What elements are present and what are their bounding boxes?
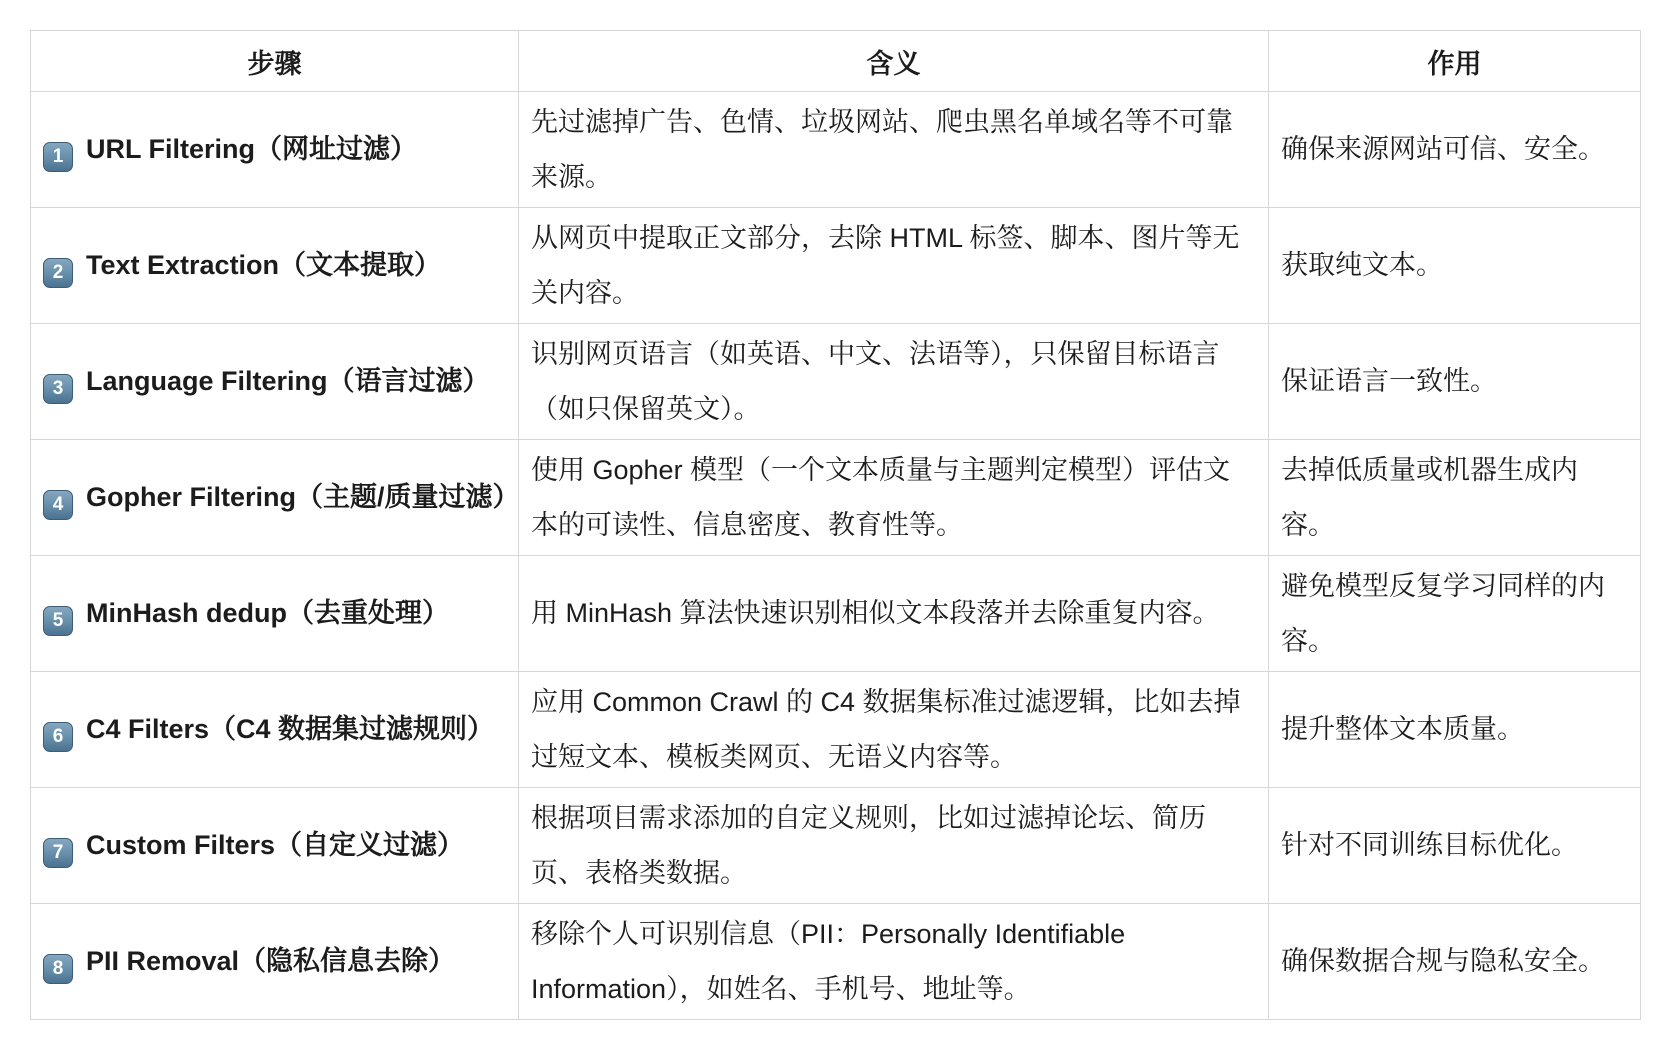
effect-cell: 针对不同训练目标优化。 xyxy=(1269,788,1641,904)
keycap-5-icon: 5 xyxy=(43,606,73,636)
step-label: Language Filtering（语言过滤） xyxy=(86,366,490,396)
table-row: 3Language Filtering（语言过滤） 识别网页语言（如英语、中文、… xyxy=(31,324,1641,440)
table-row: 8PII Removal（隐私信息去除） 移除个人可识别信息（PII：Perso… xyxy=(31,904,1641,1020)
step-label: Custom Filters（自定义过滤） xyxy=(86,830,464,860)
col-header-effect: 作用 xyxy=(1269,31,1641,92)
effect-cell: 保证语言一致性。 xyxy=(1269,324,1641,440)
step-label: Gopher Filtering（主题/质量过滤） xyxy=(86,482,520,512)
keycap-2-icon: 2 xyxy=(43,258,73,288)
effect-cell: 去掉低质量或机器生成内容。 xyxy=(1269,440,1641,556)
meaning-cell: 先过滤掉广告、色情、垃圾网站、爬虫黑名单域名等不可靠来源。 xyxy=(519,92,1269,208)
step-cell: 3Language Filtering（语言过滤） xyxy=(31,324,519,440)
step-cell: 5MinHash dedup（去重处理） xyxy=(31,556,519,672)
step-label: URL Filtering（网址过滤） xyxy=(86,134,417,164)
data-pipeline-table: 步骤 含义 作用 1URL Filtering（网址过滤） 先过滤掉广告、色情、… xyxy=(30,30,1641,1020)
step-label: MinHash dedup（去重处理） xyxy=(86,598,449,628)
step-cell: 2Text Extraction（文本提取） xyxy=(31,208,519,324)
keycap-4-icon: 4 xyxy=(43,490,73,520)
keycap-3-icon: 3 xyxy=(43,374,73,404)
meaning-cell: 根据项目需求添加的自定义规则，比如过滤掉论坛、简历页、表格类数据。 xyxy=(519,788,1269,904)
table-row: 4Gopher Filtering（主题/质量过滤） 使用 Gopher 模型（… xyxy=(31,440,1641,556)
col-header-meaning: 含义 xyxy=(519,31,1269,92)
meaning-cell: 用 MinHash 算法快速识别相似文本段落并去除重复内容。 xyxy=(519,556,1269,672)
step-cell: 8PII Removal（隐私信息去除） xyxy=(31,904,519,1020)
keycap-1-icon: 1 xyxy=(43,142,73,172)
col-header-step: 步骤 xyxy=(31,31,519,92)
step-label: C4 Filters（C4 数据集过滤规则） xyxy=(86,714,494,744)
effect-cell: 确保数据合规与隐私安全。 xyxy=(1269,904,1641,1020)
meaning-cell: 应用 Common Crawl 的 C4 数据集标准过滤逻辑，比如去掉过短文本、… xyxy=(519,672,1269,788)
effect-cell: 确保来源网站可信、安全。 xyxy=(1269,92,1641,208)
keycap-7-icon: 7 xyxy=(43,838,73,868)
table-row: 5MinHash dedup（去重处理） 用 MinHash 算法快速识别相似文… xyxy=(31,556,1641,672)
effect-cell: 提升整体文本质量。 xyxy=(1269,672,1641,788)
table-row: 1URL Filtering（网址过滤） 先过滤掉广告、色情、垃圾网站、爬虫黑名… xyxy=(31,92,1641,208)
table-row: 7Custom Filters（自定义过滤） 根据项目需求添加的自定义规则，比如… xyxy=(31,788,1641,904)
meaning-cell: 移除个人可识别信息（PII：Personally Identifiable In… xyxy=(519,904,1269,1020)
step-cell: 6C4 Filters（C4 数据集过滤规则） xyxy=(31,672,519,788)
table-row: 2Text Extraction（文本提取） 从网页中提取正文部分，去除 HTM… xyxy=(31,208,1641,324)
step-cell: 1URL Filtering（网址过滤） xyxy=(31,92,519,208)
meaning-cell: 识别网页语言（如英语、中文、法语等），只保留目标语言（如只保留英文）。 xyxy=(519,324,1269,440)
keycap-6-icon: 6 xyxy=(43,722,73,752)
step-label: PII Removal（隐私信息去除） xyxy=(86,946,455,976)
effect-cell: 避免模型反复学习同样的内容。 xyxy=(1269,556,1641,672)
effect-cell: 获取纯文本。 xyxy=(1269,208,1641,324)
step-cell: 7Custom Filters（自定义过滤） xyxy=(31,788,519,904)
meaning-cell: 从网页中提取正文部分，去除 HTML 标签、脚本、图片等无关内容。 xyxy=(519,208,1269,324)
step-label: Text Extraction（文本提取） xyxy=(86,250,441,280)
keycap-8-icon: 8 xyxy=(43,954,73,984)
step-cell: 4Gopher Filtering（主题/质量过滤） xyxy=(31,440,519,556)
header-row: 步骤 含义 作用 xyxy=(31,31,1641,92)
table-row: 6C4 Filters（C4 数据集过滤规则） 应用 Common Crawl … xyxy=(31,672,1641,788)
meaning-cell: 使用 Gopher 模型（一个文本质量与主题判定模型）评估文本的可读性、信息密度… xyxy=(519,440,1269,556)
